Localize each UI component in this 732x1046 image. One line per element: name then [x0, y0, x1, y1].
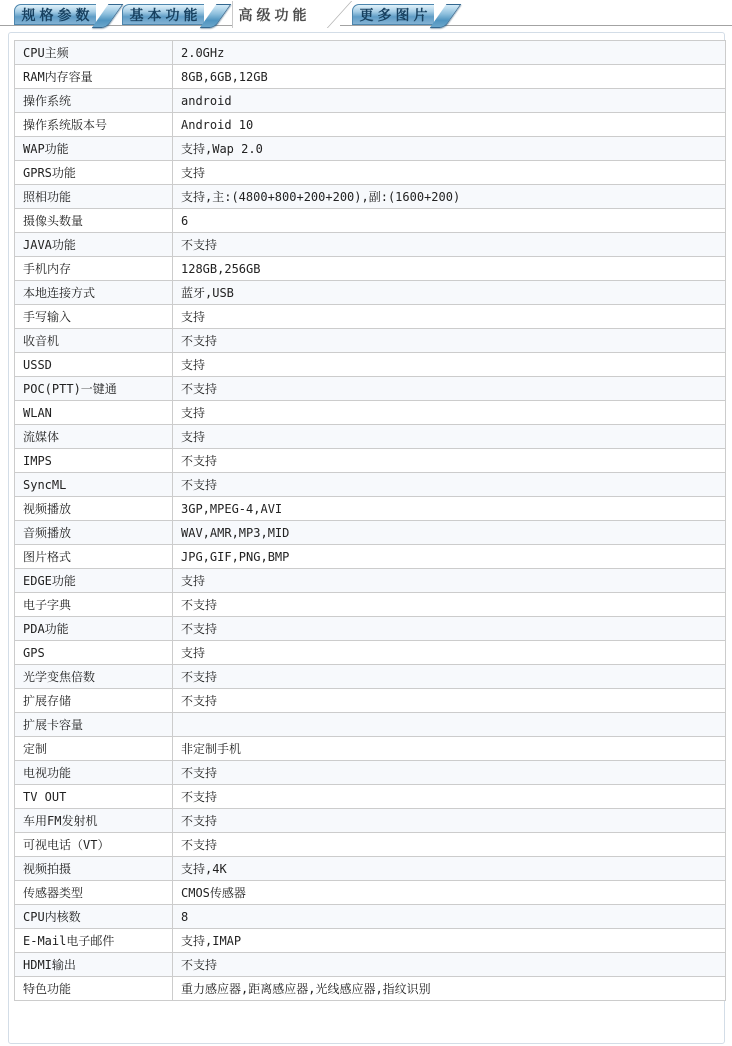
spec-value: 不支持 — [173, 377, 726, 401]
spec-value: 支持,Wap 2.0 — [173, 137, 726, 161]
spec-label: IMPS — [15, 449, 173, 473]
spec-label: 扩展存储 — [15, 689, 173, 713]
spec-value: 支持 — [173, 569, 726, 593]
table-row: 本地连接方式蓝牙,USB — [15, 281, 726, 305]
spec-value: 支持,IMAP — [173, 929, 726, 953]
table-row: 传感器类型CMOS传感器 — [15, 881, 726, 905]
tab-label: 更多图片 — [356, 5, 432, 25]
spec-label: HDMI输出 — [15, 953, 173, 977]
tab-label: 规格参数 — [18, 5, 94, 25]
spec-value: 支持 — [173, 425, 726, 449]
spec-label: JAVA功能 — [15, 233, 173, 257]
table-row: 图片格式JPG,GIF,PNG,BMP — [15, 545, 726, 569]
spec-value: JPG,GIF,PNG,BMP — [173, 545, 726, 569]
table-row: POC(PTT)一键通不支持 — [15, 377, 726, 401]
spec-value: 不支持 — [173, 449, 726, 473]
table-row: 电视功能不支持 — [15, 761, 726, 785]
spec-label: E-Mail电子邮件 — [15, 929, 173, 953]
spec-label: USSD — [15, 353, 173, 377]
spec-value: Android 10 — [173, 113, 726, 137]
spec-value: 重力感应器,距离感应器,光线感应器,指纹识别 — [173, 977, 726, 1001]
spec-value: 蓝牙,USB — [173, 281, 726, 305]
spec-label: 手机内存 — [15, 257, 173, 281]
table-row: EDGE功能支持 — [15, 569, 726, 593]
spec-value: 支持 — [173, 641, 726, 665]
spec-value: 支持,4K — [173, 857, 726, 881]
tab-3-active[interactable]: 高级功能 — [232, 1, 340, 28]
spec-label: 光学变焦倍数 — [15, 665, 173, 689]
spec-value: 支持 — [173, 401, 726, 425]
spec-label: 收音机 — [15, 329, 173, 353]
table-row: WLAN支持 — [15, 401, 726, 425]
table-row: PDA功能不支持 — [15, 617, 726, 641]
spec-label: CPU主频 — [15, 41, 173, 65]
table-row: E-Mail电子邮件支持,IMAP — [15, 929, 726, 953]
table-row: 操作系统android — [15, 89, 726, 113]
table-row: 扩展存储不支持 — [15, 689, 726, 713]
spec-label: 传感器类型 — [15, 881, 173, 905]
spec-value: 支持 — [173, 305, 726, 329]
spec-label: 流媒体 — [15, 425, 173, 449]
tab-label: 高级功能 — [235, 5, 311, 25]
table-row: 车用FM发射机不支持 — [15, 809, 726, 833]
table-row: 手写输入支持 — [15, 305, 726, 329]
table-row: CPU主频2.0GHz — [15, 41, 726, 65]
spec-value: 不支持 — [173, 785, 726, 809]
spec-value: android — [173, 89, 726, 113]
table-row: 摄像头数量6 — [15, 209, 726, 233]
table-row: 手机内存128GB,256GB — [15, 257, 726, 281]
spec-value: 不支持 — [173, 665, 726, 689]
table-row: 扩展卡容量 — [15, 713, 726, 737]
table-row: 特色功能重力感应器,距离感应器,光线感应器,指纹识别 — [15, 977, 726, 1001]
table-row: 定制非定制手机 — [15, 737, 726, 761]
spec-value: 不支持 — [173, 233, 726, 257]
spec-label: 视频拍摄 — [15, 857, 173, 881]
table-row: 视频拍摄支持,4K — [15, 857, 726, 881]
spec-value: 不支持 — [173, 593, 726, 617]
tab-body: 更多图片 — [352, 4, 434, 25]
table-row: 流媒体支持 — [15, 425, 726, 449]
spec-value: 3GP,MPEG-4,AVI — [173, 497, 726, 521]
spec-value: 不支持 — [173, 473, 726, 497]
tab-bar: 规格参数基本功能高级功能更多图片 — [0, 0, 732, 33]
table-row: USSD支持 — [15, 353, 726, 377]
spec-value: 8 — [173, 905, 726, 929]
spec-label: 照相功能 — [15, 185, 173, 209]
table-row: RAM内存容量8GB,6GB,12GB — [15, 65, 726, 89]
tab-label: 基本功能 — [126, 5, 202, 25]
tab-body: 规格参数 — [14, 4, 96, 25]
spec-label: 特色功能 — [15, 977, 173, 1001]
spec-label: TV OUT — [15, 785, 173, 809]
spec-label: 图片格式 — [15, 545, 173, 569]
spec-label: 定制 — [15, 737, 173, 761]
table-row: 视频播放3GP,MPEG-4,AVI — [15, 497, 726, 521]
spec-value: 128GB,256GB — [173, 257, 726, 281]
spec-value: WAV,AMR,MP3,MID — [173, 521, 726, 545]
tab-4[interactable]: 更多图片 — [352, 4, 453, 25]
table-row: CPU内核数8 — [15, 905, 726, 929]
spec-label: 视频播放 — [15, 497, 173, 521]
table-row: JAVA功能不支持 — [15, 233, 726, 257]
spec-label: 电视功能 — [15, 761, 173, 785]
spec-label: EDGE功能 — [15, 569, 173, 593]
spec-label: 摄像头数量 — [15, 209, 173, 233]
table-row: 收音机不支持 — [15, 329, 726, 353]
table-row: WAP功能支持,Wap 2.0 — [15, 137, 726, 161]
table-row: IMPS不支持 — [15, 449, 726, 473]
table-row: SyncML不支持 — [15, 473, 726, 497]
spec-label: CPU内核数 — [15, 905, 173, 929]
spec-value — [173, 713, 726, 737]
spec-value: 不支持 — [173, 617, 726, 641]
table-row: GPS支持 — [15, 641, 726, 665]
spec-label: GPS — [15, 641, 173, 665]
tab-1[interactable]: 规格参数 — [14, 4, 115, 25]
spec-value: CMOS传感器 — [173, 881, 726, 905]
spec-value: 不支持 — [173, 833, 726, 857]
spec-label: WLAN — [15, 401, 173, 425]
spec-label: 操作系统版本号 — [15, 113, 173, 137]
table-row: TV OUT不支持 — [15, 785, 726, 809]
table-row: 电子字典不支持 — [15, 593, 726, 617]
spec-table: CPU主频2.0GHzRAM内存容量8GB,6GB,12GB操作系统androi… — [14, 40, 726, 1001]
tab-body: 基本功能 — [122, 4, 204, 25]
spec-label: 扩展卡容量 — [15, 713, 173, 737]
spec-label: 车用FM发射机 — [15, 809, 173, 833]
spec-value: 支持,主:(4800+800+200+200),副:(1600+200) — [173, 185, 726, 209]
spec-label: 本地连接方式 — [15, 281, 173, 305]
spec-value: 不支持 — [173, 953, 726, 977]
spec-value: 支持 — [173, 161, 726, 185]
table-row: 可视电话（VT）不支持 — [15, 833, 726, 857]
spec-value: 2.0GHz — [173, 41, 726, 65]
spec-value: 8GB,6GB,12GB — [173, 65, 726, 89]
table-row: HDMI输出不支持 — [15, 953, 726, 977]
spec-value: 不支持 — [173, 689, 726, 713]
spec-value: 不支持 — [173, 329, 726, 353]
tab-baseline-divider — [0, 25, 732, 26]
spec-value: 不支持 — [173, 761, 726, 785]
table-row: GPRS功能支持 — [15, 161, 726, 185]
spec-label: GPRS功能 — [15, 161, 173, 185]
spec-value: 非定制手机 — [173, 737, 726, 761]
spec-value: 不支持 — [173, 809, 726, 833]
tab-body: 高级功能 — [232, 1, 312, 28]
spec-label: 操作系统 — [15, 89, 173, 113]
spec-value: 支持 — [173, 353, 726, 377]
tab-2[interactable]: 基本功能 — [122, 4, 223, 25]
spec-label: SyncML — [15, 473, 173, 497]
spec-label: 手写输入 — [15, 305, 173, 329]
table-row: 照相功能支持,主:(4800+800+200+200),副:(1600+200) — [15, 185, 726, 209]
spec-value: 6 — [173, 209, 726, 233]
spec-label: 电子字典 — [15, 593, 173, 617]
spec-label: PDA功能 — [15, 617, 173, 641]
spec-label: RAM内存容量 — [15, 65, 173, 89]
spec-label: WAP功能 — [15, 137, 173, 161]
table-row: 音频播放WAV,AMR,MP3,MID — [15, 521, 726, 545]
spec-label: 音频播放 — [15, 521, 173, 545]
spec-label: 可视电话（VT） — [15, 833, 173, 857]
table-row: 操作系统版本号Android 10 — [15, 113, 726, 137]
table-row: 光学变焦倍数不支持 — [15, 665, 726, 689]
spec-label: POC(PTT)一键通 — [15, 377, 173, 401]
